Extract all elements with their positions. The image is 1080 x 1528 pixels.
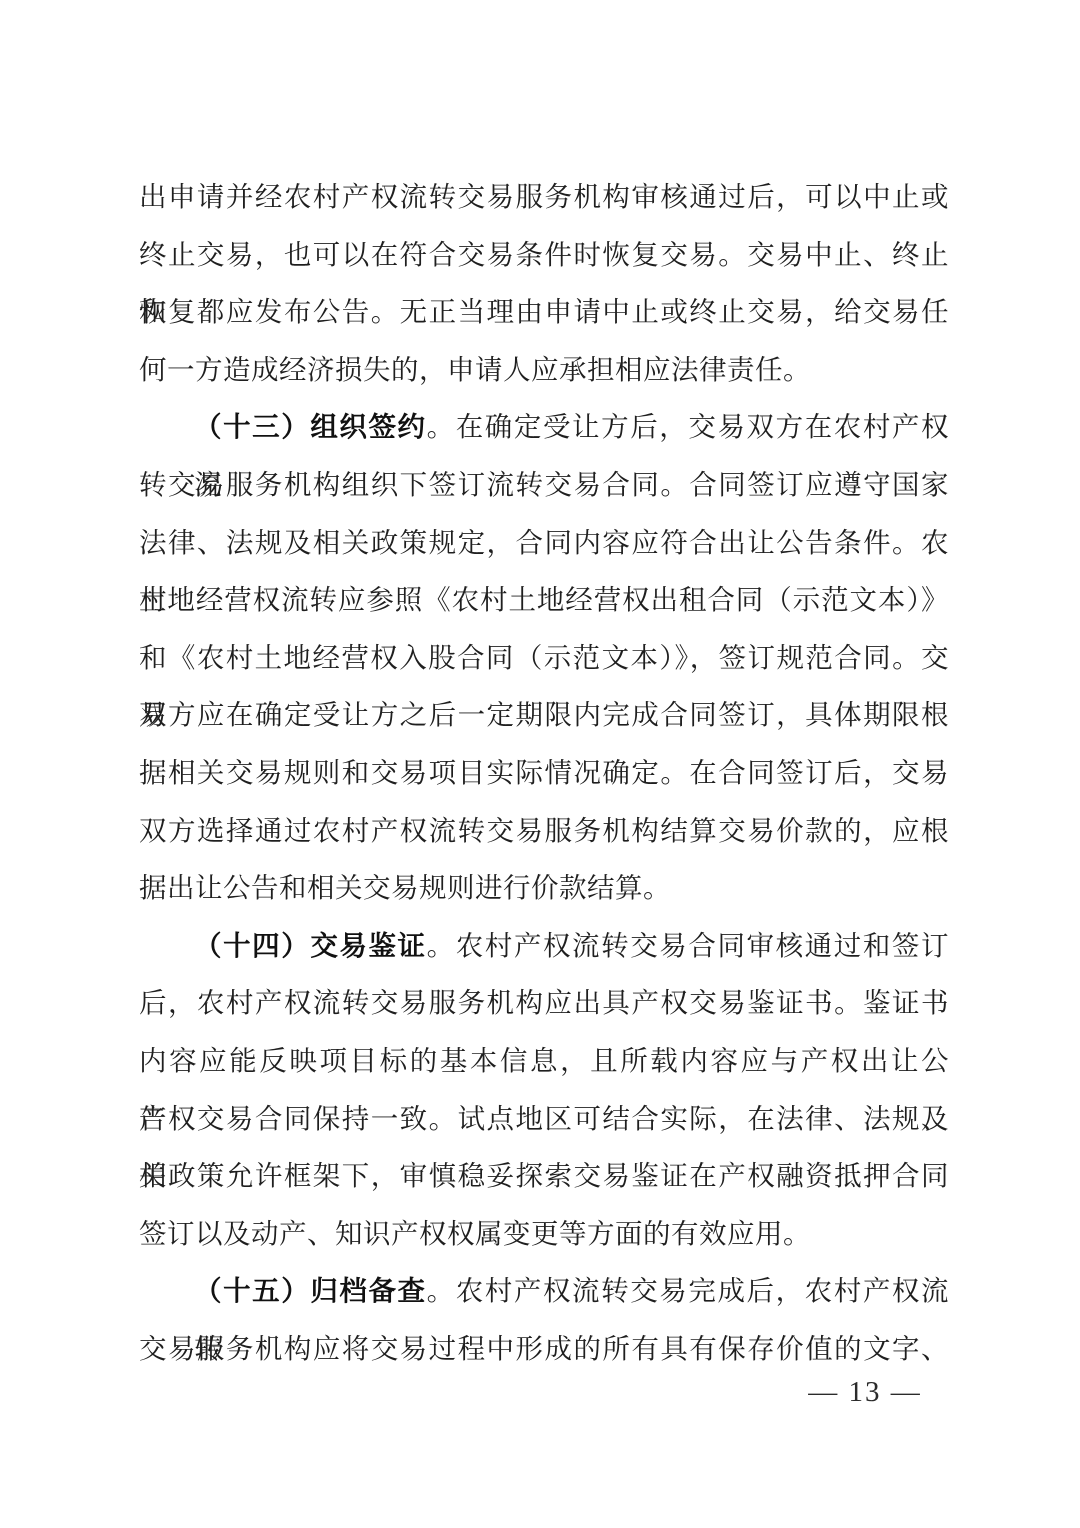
text-line: 内容应能反映项目标的基本信息，且所载内容应与产权出让公告、: [139, 1032, 949, 1090]
line-text: 据出让公告和相关交易规则进行价款结算。: [139, 872, 671, 903]
text-line: 关政策允许框架下，审慎稳妥探索交易鉴证在产权融资抵押合同: [139, 1147, 949, 1205]
line-text: 转交易服务机构组织下签订流转交易合同。合同签订应遵守国家: [139, 469, 949, 500]
line-text: 后，农村产权流转交易服务机构应出具产权交易鉴证书。鉴证书: [139, 987, 949, 1018]
section-heading-line: （十五）归档备查。农村产权流转交易完成后，农村产权流转: [139, 1262, 949, 1320]
text-line: 恢复都应发布公告。无正当理由申请中止或终止交易，给交易任: [139, 283, 949, 341]
line-text: 双方选择通过农村产权流转交易服务机构结算交易价款的，应根: [139, 815, 949, 846]
text-line: 后，农村产权流转交易服务机构应出具产权交易鉴证书。鉴证书: [139, 974, 949, 1032]
text-line: 法律、法规及相关政策规定，合同内容应符合出让公告条件。农村: [139, 514, 949, 572]
line-text: 签订以及动产、知识产权权属变更等方面的有效应用。: [139, 1218, 811, 1249]
document-text-block: 出申请并经农村产权流转交易服务机构审核通过后，可以中止或终止交易，也可以在符合交…: [139, 168, 949, 1377]
line-text: 土地经营权流转应参照《农村土地经营权出租合同（示范文本）》: [139, 584, 949, 615]
text-line: 双方选择通过农村产权流转交易服务机构结算交易价款的，应根: [139, 802, 949, 860]
line-text: 何一方造成经济损失的，申请人应承担相应法律责任。: [139, 354, 811, 385]
line-text: 。农村产权流转交易合同审核通过和签订: [427, 930, 949, 961]
line-text: 关政策允许框架下，审慎稳妥探索交易鉴证在产权融资抵押合同: [139, 1160, 949, 1191]
line-text: 出申请并经农村产权流转交易服务机构审核通过后，可以中止或: [139, 181, 949, 212]
text-line: 终止交易，也可以在符合交易条件时恢复交易。交易中止、终止和: [139, 226, 949, 284]
page-number: — 13 —: [790, 1372, 940, 1412]
line-text: 双方应在确定受让方之后一定期限内完成合同签订，具体期限根: [139, 699, 949, 730]
text-line: 何一方造成经济损失的，申请人应承担相应法律责任。: [139, 341, 949, 399]
line-text: 恢复都应发布公告。无正当理由申请中止或终止交易，给交易任: [139, 296, 949, 327]
document-page: 出申请并经农村产权流转交易服务机构审核通过后，可以中止或终止交易，也可以在符合交…: [0, 0, 1080, 1528]
text-line: 据出让公告和相关交易规则进行价款结算。: [139, 859, 949, 917]
section-title: （十五）归档备查: [194, 1275, 427, 1306]
text-line: 签订以及动产、知识产权权属变更等方面的有效应用。: [139, 1205, 949, 1263]
text-line: 土地经营权流转应参照《农村土地经营权出租合同（示范文本）》: [139, 571, 949, 629]
text-line: 双方应在确定受让方之后一定期限内完成合同签订，具体期限根: [139, 686, 949, 744]
text-line: 转交易服务机构组织下签订流转交易合同。合同签订应遵守国家: [139, 456, 949, 514]
text-line: 和《农村土地经营权入股合同（示范文本）》，签订规范合同。交易: [139, 629, 949, 687]
line-text: 交易服务机构应将交易过程中形成的所有具有保存价值的文字、: [139, 1333, 949, 1364]
section-heading-line: （十四）交易鉴证。农村产权流转交易合同审核通过和签订: [139, 917, 949, 975]
text-line: 交易服务机构应将交易过程中形成的所有具有保存价值的文字、: [139, 1320, 949, 1378]
section-heading-line: （十三）组织签约。在确定受让方后，交易双方在农村产权流: [139, 398, 949, 456]
line-text: 据相关交易规则和交易项目实际情况确定。在合同签订后，交易: [139, 757, 949, 788]
text-line: 据相关交易规则和交易项目实际情况确定。在合同签订后，交易: [139, 744, 949, 802]
section-title: （十三）组织签约: [194, 411, 427, 442]
text-line: 产权交易合同保持一致。试点地区可结合实际，在法律、法规及相: [139, 1090, 949, 1148]
section-title: （十四）交易鉴证: [194, 930, 427, 961]
text-line: 出申请并经农村产权流转交易服务机构审核通过后，可以中止或: [139, 168, 949, 226]
